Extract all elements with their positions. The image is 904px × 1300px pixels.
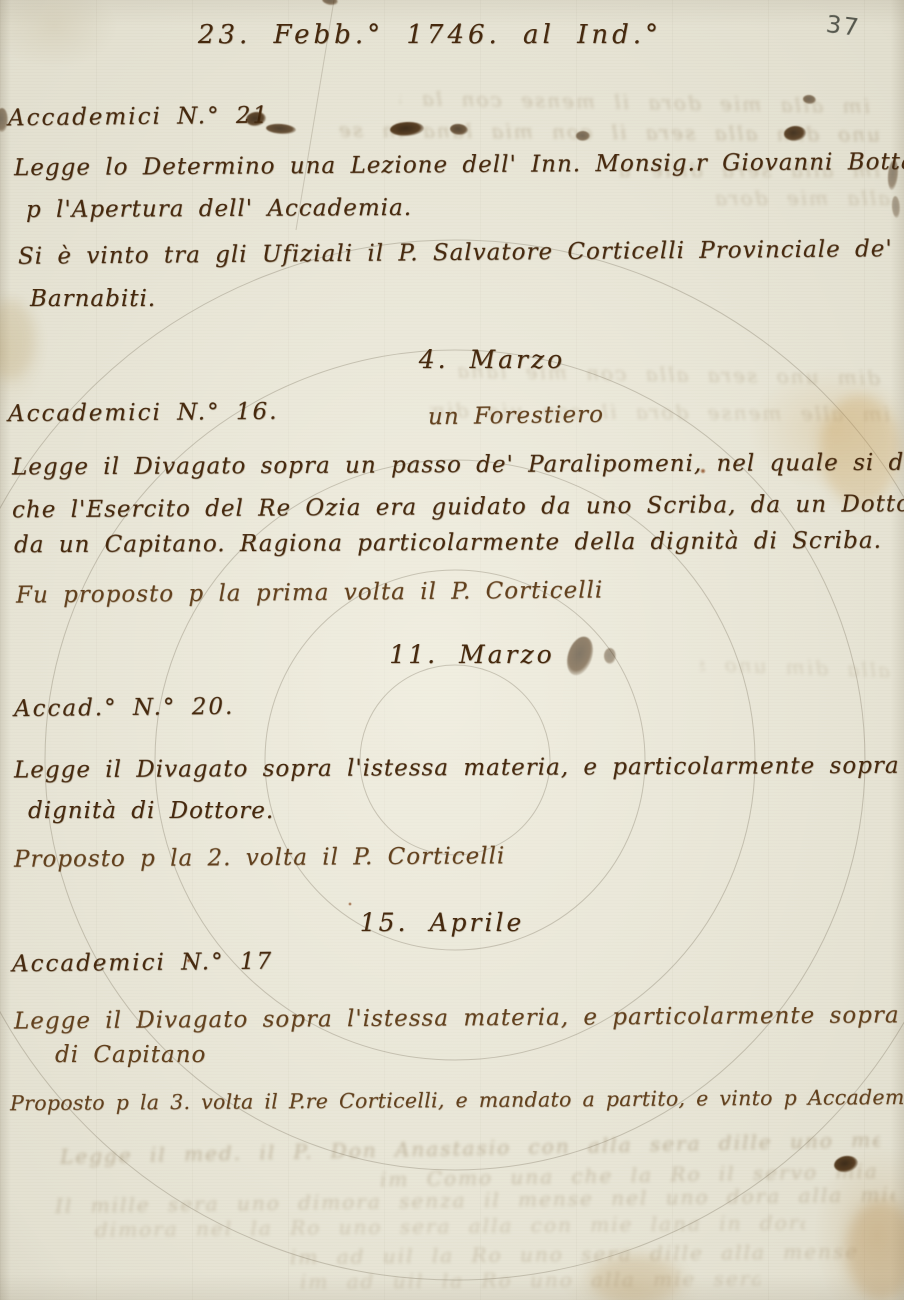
manuscript-line: Barnabiti. [30, 286, 156, 312]
attendance-count: Accademici N.° 16. [8, 399, 279, 427]
bleedthrough-text-line: alla mie dora il [700, 186, 890, 210]
attendance-count: Accad.° N.° 20. [14, 694, 235, 722]
manuscript-line: di Capitano [55, 1042, 206, 1068]
manuscript-line: Proposto p la 3. volta il P.re Corticell… [10, 1085, 904, 1115]
manuscript-page: im alla mie dora il mense con la uia dim… [0, 0, 904, 1300]
manuscript-line: Proposto p la 2. volta il P. Corticelli [14, 843, 505, 872]
ink-blot [0, 108, 8, 132]
manuscript-line: p l'Apertura dell' Accademia. [26, 195, 412, 223]
rust-spot [700, 468, 706, 474]
attendance-count: Accademici N.° 21 [8, 103, 269, 132]
entry-date-heading: 4. Marzo [40, 345, 904, 374]
date-heading: 23. Febb.° 1746. al Ind.° [0, 20, 860, 50]
ink-blot [321, 0, 339, 7]
bleedthrough-text-line: im alla mie dora il mense con la uia dim… [400, 86, 870, 118]
manuscript-line: dignità di Dottore. [28, 798, 274, 824]
bleedthrough-text-line: im ad uil la Ro uno alla mie sera [300, 1266, 760, 1293]
paper-stain [846, 1200, 904, 1300]
paper-stain [0, 300, 35, 380]
rust-spot [348, 902, 352, 906]
entry-date-heading: 11. Marzo [20, 640, 904, 669]
visitor-note: un Forestiero [428, 402, 604, 430]
ink-blot [604, 648, 616, 664]
manuscript-line: Legge il Divagato sopra l'istessa materi… [14, 753, 904, 784]
ink-blot [891, 196, 901, 219]
entry-date-heading: 15. Aprile [0, 908, 894, 937]
paper-stain [590, 1255, 680, 1300]
manuscript-line: da un Capitano. Ragiona particolarmente … [14, 528, 882, 559]
manuscript-line: Fu proposto p la prima volta il P. Corti… [16, 577, 603, 608]
manuscript-line: Legge il Divagato sopra l'istessa materi… [14, 1001, 904, 1034]
bleedthrough-text-line: im ad uil la Ro uno sera dille alla mens… [290, 1239, 870, 1269]
ink-blot [266, 123, 297, 135]
ink-blot [576, 131, 590, 141]
manuscript-line: Legge il Divagato sopra un passo de' Par… [12, 450, 904, 481]
attendance-count: Accademici N.° 17 [12, 949, 273, 978]
manuscript-line: che l'Esercito del Re Ozia era guidato d… [12, 491, 904, 524]
rust-spot [186, 958, 191, 963]
manuscript-line: Si è vinto tra gli Ufiziali il P. Salvat… [18, 236, 893, 270]
